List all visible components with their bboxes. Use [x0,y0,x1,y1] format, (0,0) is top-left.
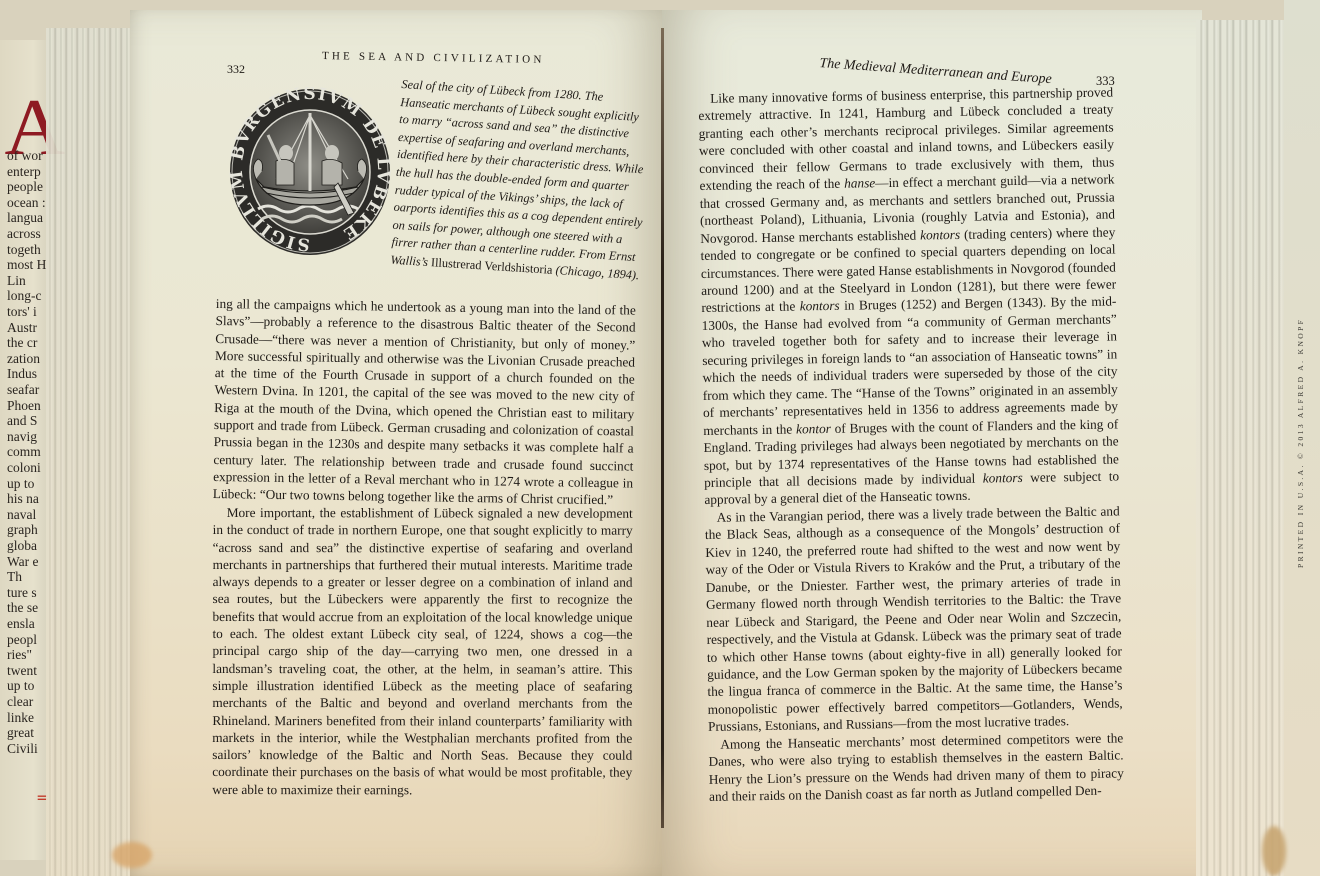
background-text-fragment: zation [7,351,48,367]
background-text-fragment: naval [7,507,48,523]
background-text-fragment: up to [7,678,48,694]
paragraph: ing all the campaigns which he undertook… [213,295,636,509]
background-text-fragment: people [7,179,48,195]
background-text-fragment: globa [7,538,48,554]
caption-text: Seal of the city of Lübeck from 1280. Th… [390,77,644,269]
background-text-fragment: Civili [7,741,48,757]
italic-term: hanse [844,175,875,190]
lubeck-seal-image: SIGILLVM BVRGENSIVM DE LVBEKE [228,87,393,257]
background-text-fragment: Phoen [7,398,48,414]
right-page-body: Like many innovative forms of business e… [698,83,1124,805]
background-text-fragment: Indus [7,366,48,382]
left-page-body: ing all the campaigns which he undertook… [208,295,636,804]
background-text-fragment: his na [7,491,48,507]
background-text-fragment: linke [7,710,48,726]
stain [112,842,152,868]
background-text-fragment: the cr [7,335,48,351]
paragraph: As in the Varangian period, there was a … [705,502,1124,735]
background-text-fragment: navig [7,429,48,445]
caption-citation: (Chicago, 1894). [552,263,639,282]
paragraph: Among the Hanseatic merchants’ most dete… [708,729,1124,805]
italic-term: kontors [920,227,960,243]
background-text-fragment: Austr [7,320,48,336]
italic-term: kontors [983,470,1023,486]
right-page-stack [1196,20,1286,876]
background-text-fragment: graph [7,522,48,538]
background-text-fragment: great [7,725,48,741]
background-book-page: A of worenterppeopleocean :languaacrosst… [0,40,48,860]
background-text-fragment: and S [7,413,48,429]
background-text-fragment: clear [7,694,48,710]
background-text-fragment: seafar [7,382,48,398]
page-number-left: 332 [227,62,245,77]
book-gutter [661,28,664,828]
background-text-fragment: twent [7,663,48,679]
background-text-fragment: ensla [7,616,48,632]
background-text-fragment: the se [7,600,48,616]
stain [1262,826,1286,876]
background-text-fragment: ries" [7,647,48,663]
background-text-fragment: peopl [7,632,48,648]
background-text-fragment: enterp [7,164,48,180]
background-text-fragment: tors' i [7,304,48,320]
background-text-fragment: comm [7,444,48,460]
italic-term: kontors [800,298,840,314]
background-text-fragment: langua [7,210,48,226]
background-text-fragment: long-c [7,288,48,304]
background-text-fragment: Th [7,569,48,585]
background-text-fragment: ocean : [7,195,48,211]
background-text-fragment: of wor [7,148,48,164]
background-text-fragment: War e [7,554,48,570]
background-text-fragment: Lin [7,273,48,289]
background-text-fragment: most H [7,257,48,273]
italic-term: kontor [796,421,831,437]
background-text-fragment: across [7,226,48,242]
background-text-fragment: togeth [7,242,48,258]
background-text-fragment: coloni [7,460,48,476]
figure-caption: Seal of the city of Lübeck from 1280. Th… [390,76,652,285]
background-text-fragment: up to [7,476,48,492]
text-run: in Bruges (1252) and Bergen (1343). By t… [702,294,1119,438]
background-text-fragment: ture s [7,585,48,601]
paragraph: More important, the establishment of Lüb… [212,504,633,799]
paragraph: Like many innovative forms of business e… [698,83,1120,508]
edge-imprint: PRINTED IN U.S.A. © 2013 ALFRED A. KNOPF [1296,318,1305,568]
book-photo: A of worenterppeopleocean :languaacrosst… [0,0,1320,876]
